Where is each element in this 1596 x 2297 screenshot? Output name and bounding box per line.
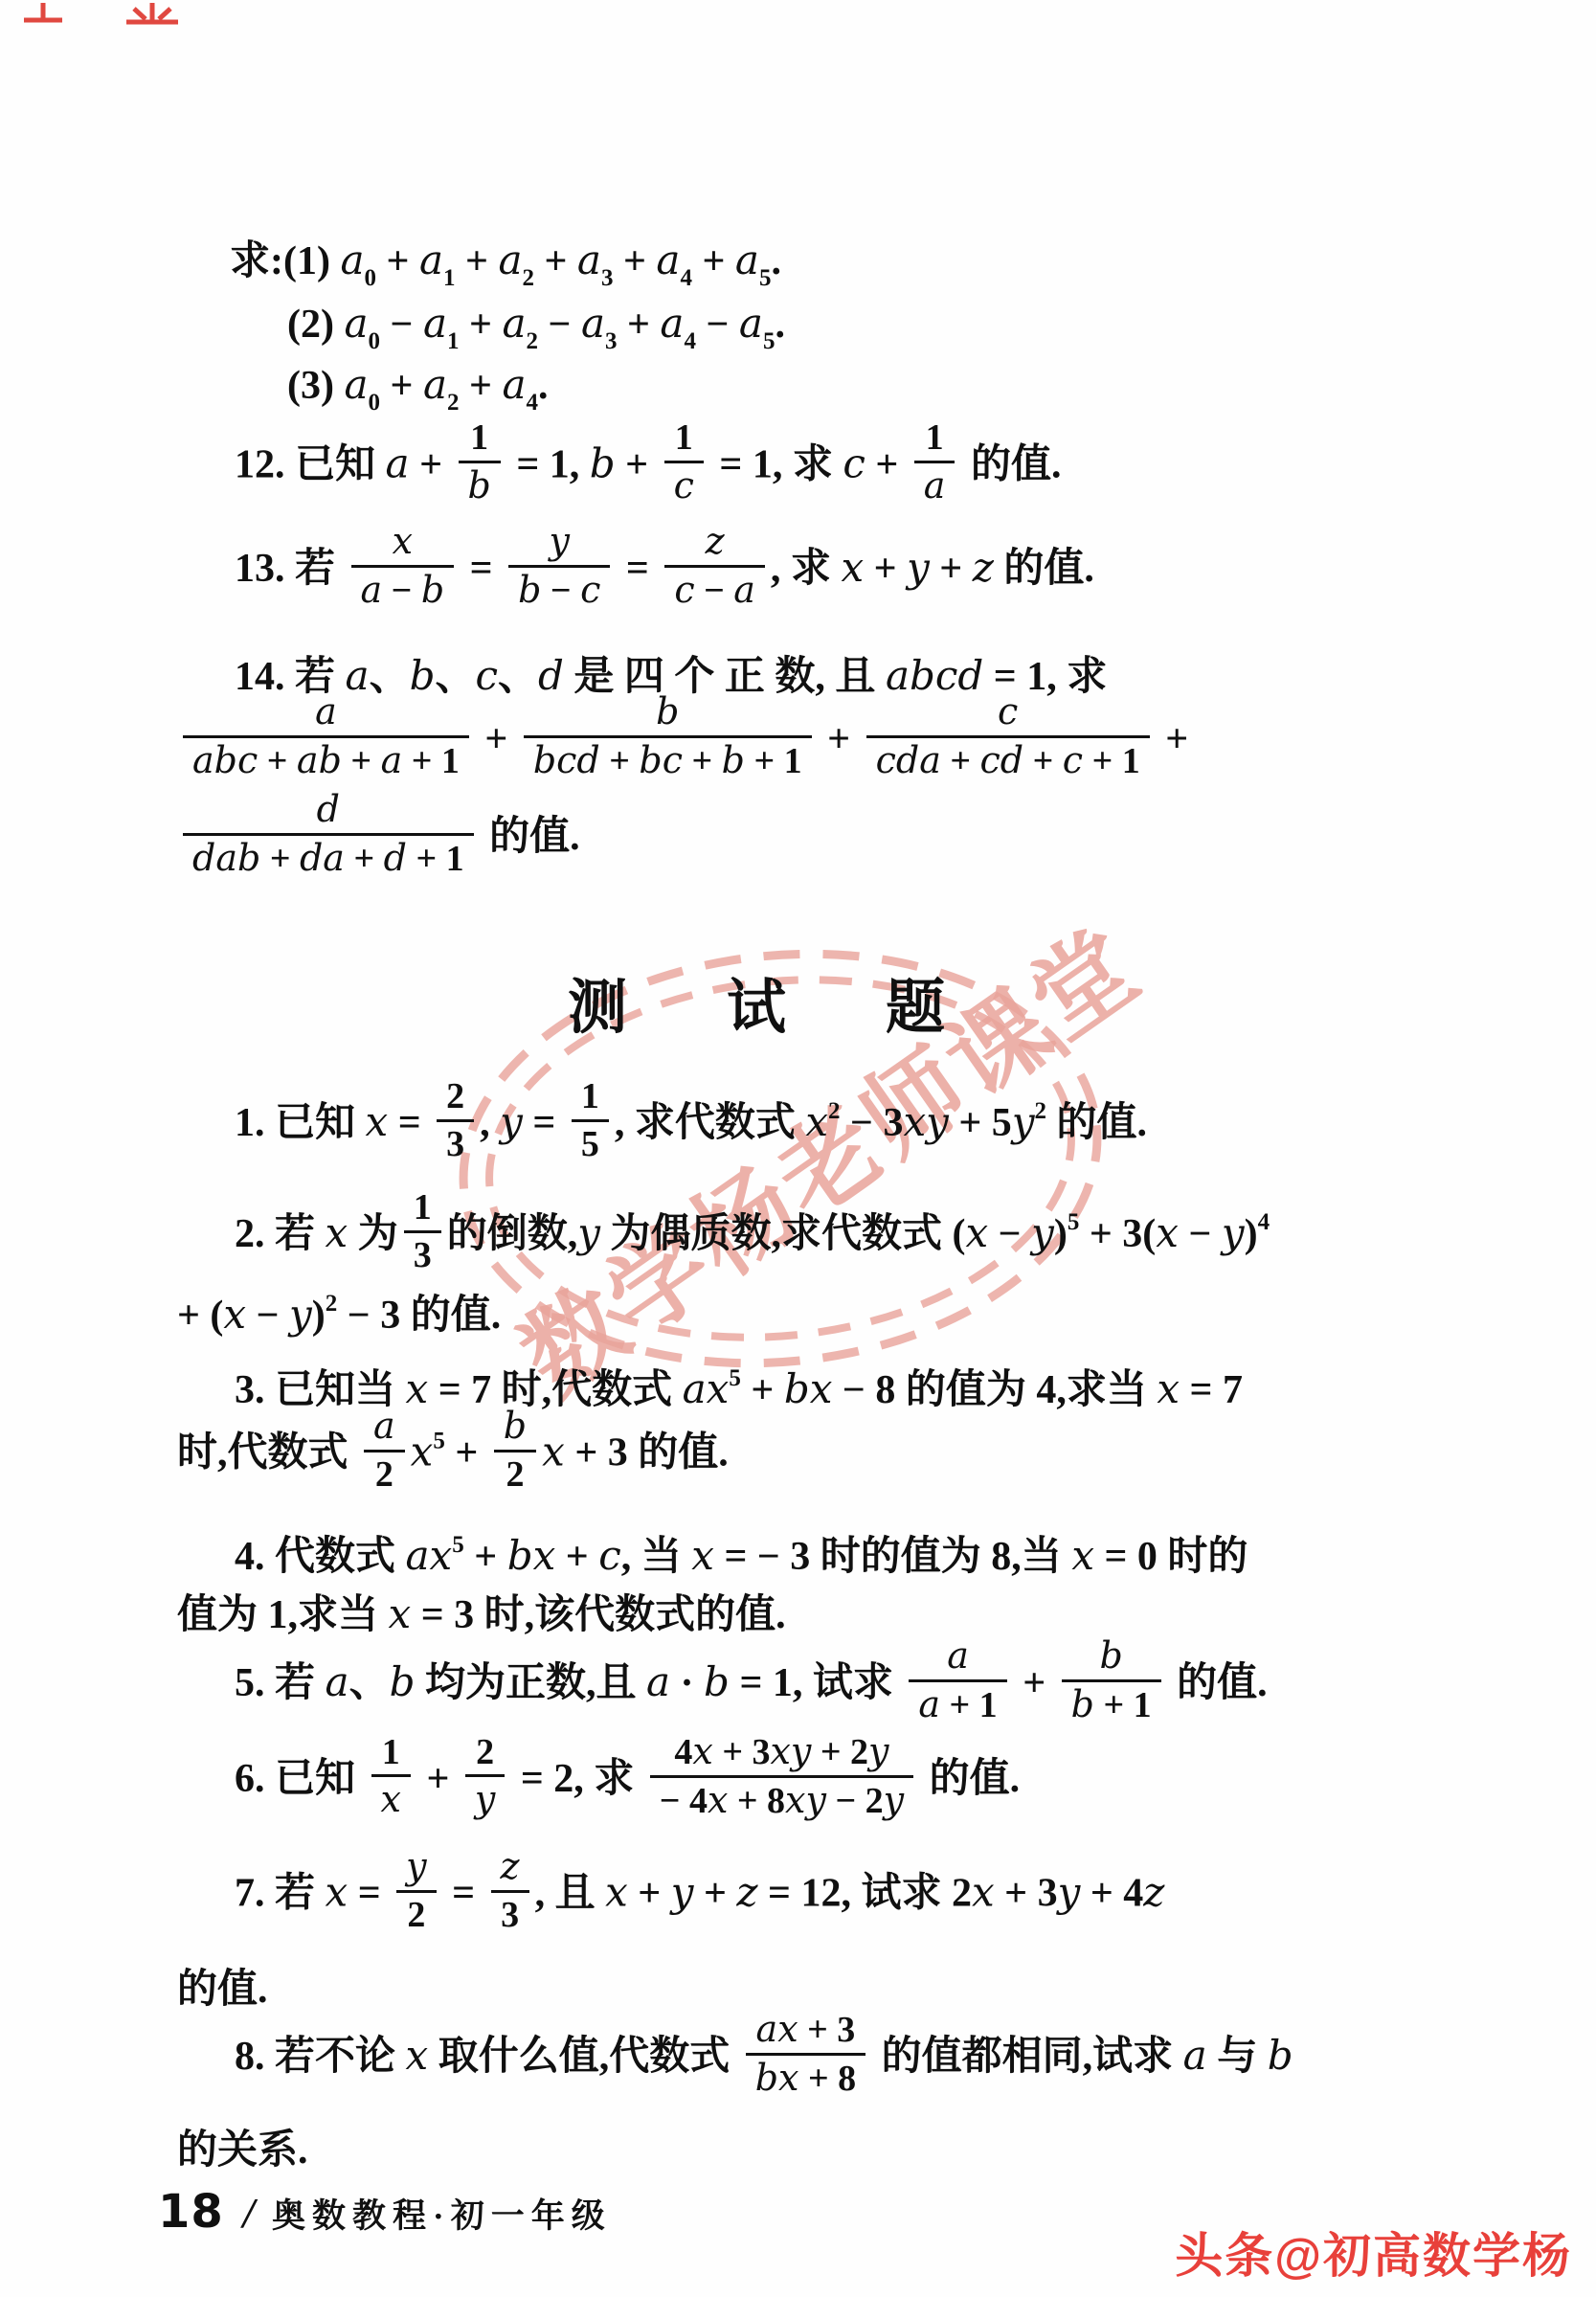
text-run: (2) xyxy=(287,303,344,347)
text-run: + xyxy=(741,1368,784,1412)
math-variable: xy xyxy=(785,1779,826,1821)
text-run: + 1 xyxy=(1094,1685,1152,1725)
fraction: z3 xyxy=(491,1844,529,1938)
math-variable: ab xyxy=(297,739,342,781)
fraction: a2 xyxy=(364,1404,405,1498)
math-variable: a xyxy=(924,464,946,507)
math-variable: a xyxy=(344,300,368,347)
fraction: 23 xyxy=(437,1074,474,1167)
subscript: 4 xyxy=(684,328,696,354)
math-variable: y xyxy=(289,1291,312,1338)
text-run: − xyxy=(696,303,739,347)
numerator: 2 xyxy=(437,1074,474,1119)
text-run: 3 xyxy=(414,1235,432,1275)
text-run: + xyxy=(1013,1661,1056,1705)
denominator: 2 xyxy=(396,1890,436,1938)
text-run: 2 xyxy=(446,1076,464,1116)
problem-11-ask-line-3: (3) a0 + a2 + a4. xyxy=(287,360,549,417)
fraction: aabc + ab + a + 1 xyxy=(183,689,469,784)
math-variable: x xyxy=(406,2032,429,2079)
math-variable: c xyxy=(598,1532,621,1579)
problem-number: 1. xyxy=(235,1101,265,1145)
fraction: yb − c xyxy=(508,519,610,614)
math-variable: a xyxy=(656,236,680,283)
subscript: 5 xyxy=(759,265,772,291)
fraction: ddab + da + d + 1 xyxy=(183,787,474,882)
text-run: + xyxy=(616,442,659,486)
page-footer: 18 / 奥数教程·初一年级 xyxy=(158,2185,612,2239)
text-run: + xyxy=(941,741,980,781)
subscript: 4 xyxy=(527,390,539,416)
text-run: 5 xyxy=(581,1124,599,1164)
math-variable: x xyxy=(406,1365,429,1412)
superscript: 4 xyxy=(1258,1209,1270,1235)
denominator: c − a xyxy=(664,565,765,614)
math-variable: z xyxy=(1143,1868,1164,1915)
math-variable: x xyxy=(411,1428,434,1475)
denominator: dab + da + d + 1 xyxy=(183,833,474,882)
math-variable: a xyxy=(581,300,605,347)
text-run: = 1, xyxy=(506,442,590,486)
text-run: 若不论 xyxy=(265,2035,406,2079)
text-run: + 3 xyxy=(995,1871,1058,1915)
math-variable: c xyxy=(674,464,694,507)
fraction: bb + 1 xyxy=(1062,1633,1161,1728)
numerator: a xyxy=(364,1404,405,1450)
section-title: 测试题 xyxy=(0,959,1513,1045)
text-run: − xyxy=(246,1294,289,1338)
math-variable: b xyxy=(590,439,616,486)
math-variable: z xyxy=(973,544,994,591)
text-run: = 12, 试求 2 xyxy=(758,1871,972,1915)
channel-watermark: 头条@初高数学杨 xyxy=(1175,2218,1572,2286)
text-run: 1 xyxy=(470,417,488,458)
text-run: 1 xyxy=(581,1076,599,1116)
math-variable: a xyxy=(373,1405,395,1447)
text-run: + xyxy=(1156,717,1188,761)
math-variable: b xyxy=(656,690,679,732)
problem-14-line-3: ddab + da + d + 1 的值. xyxy=(177,793,580,888)
math-variable: x xyxy=(691,1532,714,1579)
text-run: + xyxy=(464,1535,507,1579)
text-run: + 1 xyxy=(1083,741,1140,781)
fraction: b2 xyxy=(494,1404,536,1498)
problem-number: 2. xyxy=(235,1212,265,1256)
text-run: + 1 xyxy=(407,839,464,879)
text-run: = − 3 时的值为 8,当 xyxy=(714,1535,1071,1579)
superscript: 2 xyxy=(1035,1098,1047,1124)
math-variable: y xyxy=(884,1779,904,1821)
denominator: 5 xyxy=(572,1119,609,1167)
superscript: 5 xyxy=(1068,1209,1080,1235)
math-variable: x xyxy=(326,1209,348,1256)
text-run: + xyxy=(692,239,735,283)
test-problem-8-line-2: 的关系. xyxy=(177,2126,308,2176)
math-variable: b xyxy=(1071,1683,1094,1725)
math-variable: y xyxy=(671,1868,694,1915)
problem-number: 3. xyxy=(235,1368,265,1412)
text-run: 的关系. xyxy=(177,2128,308,2173)
denominator: cda + cd + c + 1 xyxy=(866,735,1150,784)
denominator: b − c xyxy=(508,565,610,614)
fraction: xa − b xyxy=(351,519,455,614)
text-run: = 0 时的 xyxy=(1094,1535,1248,1579)
superscript: 2 xyxy=(828,1098,841,1124)
math-variable: bx xyxy=(755,2057,799,2099)
math-variable: a xyxy=(381,739,403,781)
text-run: + 1 xyxy=(940,1685,998,1725)
text-run: + 3 xyxy=(798,2010,856,2050)
denominator: b + 1 xyxy=(1062,1679,1161,1728)
math-variable: ax xyxy=(406,1532,453,1579)
math-variable: a xyxy=(502,361,526,408)
text-run: 2 xyxy=(375,1454,393,1495)
numerator: b xyxy=(524,689,812,735)
text-run: 1 xyxy=(382,1732,400,1772)
text-run: + 1 xyxy=(745,741,802,781)
text-run: + xyxy=(693,1871,736,1915)
math-variable: y xyxy=(550,520,570,562)
test-problem-7-line-1: 7. 若 x = y2 = z3, 且 x + y + z = 12, 试求 2… xyxy=(235,1850,1164,1944)
text-run: + 2 xyxy=(811,1732,868,1772)
text-run: + 1 xyxy=(402,741,460,781)
subscript: 1 xyxy=(447,328,460,354)
math-variable: b xyxy=(468,464,491,507)
math-variable: c xyxy=(674,569,694,611)
text-run: , 求代数式 xyxy=(615,1101,806,1145)
text-run: + xyxy=(818,717,861,761)
text-run: 已知 xyxy=(265,1101,366,1145)
numerator: 1 xyxy=(572,1074,609,1119)
text-run: + xyxy=(410,442,453,486)
math-variable: z xyxy=(736,1868,757,1915)
math-variable: x xyxy=(1156,1209,1179,1256)
denominator: − 4x + 8xy − 2y xyxy=(650,1775,913,1824)
text-run: 1 xyxy=(675,417,693,458)
math-variable: x xyxy=(389,1590,412,1637)
subscript: 3 xyxy=(601,265,614,291)
math-variable: b xyxy=(1099,1634,1122,1677)
problem-number: 5. xyxy=(235,1661,265,1705)
numerator: x xyxy=(351,519,455,565)
text-run: + xyxy=(534,239,577,283)
math-variable: x xyxy=(708,1779,728,1821)
text-run: + ( xyxy=(177,1294,223,1338)
fraction: 1x xyxy=(371,1730,411,1824)
fraction: 1c xyxy=(664,416,704,509)
text-run: + xyxy=(613,239,656,283)
denominator: a − b xyxy=(351,565,455,614)
text-run: − xyxy=(695,571,734,611)
text-run: = 3 时,该代数式的值. xyxy=(411,1593,785,1637)
text-run: + xyxy=(456,239,499,283)
denominator: 3 xyxy=(491,1890,529,1938)
math-variable: dab xyxy=(192,837,260,879)
math-variable: a xyxy=(361,569,383,611)
footer-separator: / xyxy=(243,2189,255,2238)
test-problem-7-line-2: 的值. xyxy=(177,1965,268,2016)
denominator: a xyxy=(914,461,955,509)
subscript: 2 xyxy=(527,328,539,354)
text-run: , 当 xyxy=(621,1535,692,1579)
text-run: 为偶质数,求代数式 ( xyxy=(600,1212,966,1256)
text-run: + xyxy=(342,741,381,781)
problem-13: 13. 若 xa − b = yb − c = zc − a, 求 x + y … xyxy=(235,525,1094,619)
text-run: 3 xyxy=(501,1895,519,1935)
math-variable: b xyxy=(518,569,541,611)
text-run: 3 xyxy=(446,1124,464,1164)
subscript: 1 xyxy=(443,265,456,291)
math-variable: c xyxy=(1063,739,1083,781)
text-run: . xyxy=(775,303,785,347)
denominator: a + 1 xyxy=(909,1679,1006,1728)
math-variable: a xyxy=(735,236,759,283)
math-variable: x xyxy=(223,1291,246,1338)
fraction: zc − a xyxy=(664,519,765,614)
math-variable: abc xyxy=(192,739,258,781)
text-run: 1 xyxy=(414,1187,432,1227)
subscript: 4 xyxy=(680,265,692,291)
numerator: 1 xyxy=(914,416,955,461)
text-run: + xyxy=(416,1757,460,1801)
problem-number: 4. xyxy=(235,1535,265,1579)
math-variable: a xyxy=(419,236,443,283)
text-run: 代数式 xyxy=(265,1535,406,1579)
subscript: 5 xyxy=(763,328,776,354)
math-variable: a xyxy=(646,1658,670,1705)
subscript: 0 xyxy=(369,328,381,354)
text-run: 2 xyxy=(407,1895,425,1935)
denominator: y xyxy=(465,1774,505,1823)
math-variable: xy xyxy=(770,1730,811,1772)
math-variable: a xyxy=(326,1658,349,1705)
math-variable: x xyxy=(393,520,413,562)
math-variable: a xyxy=(739,300,763,347)
problem-number: 7. xyxy=(235,1871,265,1915)
test-problem-4-line-1: 4. 代数式 ax5 + bx + c, 当 x = − 3 时的值为 8,当 … xyxy=(235,1530,1248,1583)
math-variable: d xyxy=(384,837,407,879)
text-run: + xyxy=(683,741,722,781)
math-variable: c xyxy=(475,652,498,699)
math-variable: x xyxy=(805,1098,828,1145)
fraction: ccda + cd + c + 1 xyxy=(866,689,1150,784)
fraction: 4x + 3xy + 2y− 4x + 8xy − 2y xyxy=(650,1729,913,1824)
math-variable: xy xyxy=(903,1098,948,1145)
text-run: 已知 xyxy=(265,1757,366,1801)
math-variable: a xyxy=(502,300,526,347)
problem-number: 8. xyxy=(235,2035,265,2079)
math-variable: z xyxy=(501,1845,520,1887)
math-variable: y xyxy=(577,1209,600,1256)
text-run: − xyxy=(382,571,421,611)
fraction: 1b xyxy=(459,416,501,509)
math-variable: bx xyxy=(784,1365,833,1412)
text-run: + xyxy=(555,1535,598,1579)
numerator: a xyxy=(183,689,469,735)
math-variable: cd xyxy=(980,739,1024,781)
text-run: + 4 xyxy=(1080,1871,1143,1915)
text-run: = xyxy=(460,547,503,591)
numerator: z xyxy=(664,519,765,565)
text-run: ) xyxy=(1245,1212,1258,1256)
text-run: + xyxy=(258,741,297,781)
math-variable: x xyxy=(972,1868,995,1915)
text-run: + xyxy=(628,1871,671,1915)
text-run: 的值. xyxy=(994,547,1094,591)
text-run: + xyxy=(600,741,640,781)
text-run: + xyxy=(260,839,300,879)
fraction: 15 xyxy=(572,1074,609,1167)
test-problem-1: 1. 已知 x = 23, y = 15, 求代数式 x2 − 3xy + 5y… xyxy=(235,1080,1147,1173)
math-variable: a xyxy=(344,361,368,408)
fraction: aa + 1 xyxy=(909,1633,1006,1728)
math-variable: ax xyxy=(756,2008,798,2050)
math-variable: x xyxy=(965,1209,988,1256)
text-run: − 8 的值为 4,求当 xyxy=(832,1368,1157,1412)
denominator: b xyxy=(459,461,501,509)
fraction: 2y xyxy=(465,1730,505,1824)
denominator: 2 xyxy=(364,1450,405,1498)
math-variable: a xyxy=(340,236,364,283)
math-variable: z xyxy=(706,520,725,562)
math-variable: b xyxy=(390,1658,416,1705)
text-run: + xyxy=(865,442,909,486)
fraction: 1a xyxy=(914,416,955,509)
math-variable: a xyxy=(660,300,684,347)
test-problem-4-line-2: 值为 1,求当 x = 3 时,该代数式的值. xyxy=(177,1589,786,1641)
text-run: , 且 xyxy=(535,1871,606,1915)
test-problem-8-line-1: 8. 若不论 x 取什么值,代数式 ax + 3bx + 8 的值都相同,试求 … xyxy=(235,2013,1293,2107)
text-run: 2 xyxy=(506,1454,524,1495)
math-variable: bc xyxy=(639,739,683,781)
text-run: + xyxy=(930,547,973,591)
text-run: − xyxy=(380,303,423,347)
math-variable: y xyxy=(1031,1209,1054,1256)
text-run: 与 xyxy=(1207,2035,1268,2079)
text-run: 值为 1,求当 xyxy=(177,1593,389,1637)
text-run: = xyxy=(616,547,659,591)
text-run: + xyxy=(460,303,503,347)
problem-number: 6. xyxy=(235,1757,265,1801)
text-run: 的值. xyxy=(1167,1661,1268,1705)
fraction: bbcd + bc + b + 1 xyxy=(524,689,812,784)
text-run: + 3 xyxy=(713,1732,771,1772)
math-variable: c xyxy=(580,569,600,611)
text-run: = 1, 求 xyxy=(709,442,843,486)
text-run: = 7 xyxy=(1180,1368,1243,1412)
text-run: + xyxy=(345,839,384,879)
text-run: 取什么值,代数式 xyxy=(428,2035,740,2079)
subscript: 0 xyxy=(365,265,377,291)
text-run: − 3 xyxy=(841,1101,904,1145)
text-run: + xyxy=(445,1430,488,1475)
text-run: 、 xyxy=(349,1661,390,1705)
math-variable: bx xyxy=(507,1532,556,1579)
text-run: · xyxy=(670,1661,704,1705)
numerator: 1 xyxy=(404,1185,441,1230)
text-run: = xyxy=(523,1101,566,1145)
text-run: + 5 xyxy=(949,1101,1012,1145)
math-variable: a xyxy=(315,690,337,732)
text-run: 1 xyxy=(926,417,944,458)
numerator: y xyxy=(396,1844,436,1890)
text-run: . xyxy=(538,364,549,408)
test-problem-5: 5. 若 a、b 均为正数,且 a · b = 1, 试求 aa + 1 + b… xyxy=(235,1639,1268,1734)
book-page: 数学杨老师课堂 求:(1) a0 + a1 + a2 + a3 + a4 + a… xyxy=(0,0,1596,2297)
superscript: 2 xyxy=(326,1291,338,1317)
math-variable: a xyxy=(733,569,755,611)
problem-number: 13. xyxy=(235,547,285,591)
numerator: 4x + 3xy + 2y xyxy=(650,1729,913,1775)
numerator: 1 xyxy=(371,1730,411,1775)
test-problem-2-line-1: 2. 若 x 为13的倒数,y 为偶质数,求代数式 (x − y)5 + 3(x… xyxy=(235,1191,1270,1284)
text-run: 的倒数, xyxy=(447,1212,578,1256)
numerator: y xyxy=(508,519,610,565)
math-variable: b xyxy=(1268,2032,1293,2079)
math-variable: cda xyxy=(876,739,941,781)
math-variable: c xyxy=(998,690,1018,732)
superscript: 5 xyxy=(433,1428,445,1453)
text-run: − 4 xyxy=(660,1781,708,1821)
math-variable: a xyxy=(423,361,447,408)
math-variable: b xyxy=(504,1405,527,1447)
test-problem-3-line-2: 时,代数式 a2x5 + b2x + 3 的值. xyxy=(177,1409,729,1503)
math-variable: x xyxy=(366,1098,389,1145)
numerator: b xyxy=(1062,1633,1161,1679)
math-variable: x xyxy=(841,544,864,591)
denominator: abc + ab + a + 1 xyxy=(183,735,469,784)
math-variable: y xyxy=(1058,1868,1081,1915)
denominator: bx + 8 xyxy=(746,2053,865,2102)
subscript: 2 xyxy=(447,390,460,416)
subscript: 0 xyxy=(369,390,381,416)
numerator: 2 xyxy=(465,1730,505,1775)
numerator: d xyxy=(183,787,474,833)
superscript: 5 xyxy=(452,1532,464,1558)
math-variable: y xyxy=(500,1098,523,1145)
test-problem-2-line-2: + (x − y)2 − 3 的值. xyxy=(177,1289,501,1341)
text-run: + xyxy=(1023,741,1063,781)
test-problem-6: 6. 已知 1x + 2y = 2, 求 4x + 3xy + 2y− 4x +… xyxy=(235,1735,1020,1830)
problem-11-ask-line-1: 求:(1) a0 + a1 + a2 + a3 + a4 + a5. xyxy=(230,236,781,293)
text-run: 时,代数式 xyxy=(177,1430,358,1475)
text-run: + 8 xyxy=(728,1781,785,1821)
text-run: + xyxy=(475,717,518,761)
math-variable: a xyxy=(498,236,522,283)
text-run: 若 xyxy=(285,547,346,591)
math-variable: x xyxy=(542,1428,565,1475)
text-run: 的值都相同,试求 xyxy=(871,2035,1183,2079)
math-variable: c xyxy=(843,439,865,486)
text-run: + xyxy=(864,547,907,591)
problem-number: 12. xyxy=(235,442,285,486)
text-run: 若 xyxy=(265,1212,326,1256)
text-run: = xyxy=(388,1101,431,1145)
text-run: = xyxy=(442,1871,485,1915)
text-run: ) xyxy=(1054,1212,1068,1256)
text-run: = 2, 求 xyxy=(510,1757,643,1801)
text-run: − 2 xyxy=(826,1781,884,1821)
numerator: 1 xyxy=(664,416,704,461)
problem-11-ask-line-2: (2) a0 − a1 + a2 − a3 + a4 − a5. xyxy=(287,299,785,356)
red-ink-artifact-icon xyxy=(21,0,65,23)
math-variable: x xyxy=(326,1868,348,1915)
fraction: y2 xyxy=(396,1844,436,1938)
numerator: a xyxy=(909,1633,1006,1679)
math-variable: ax xyxy=(683,1365,730,1412)
math-variable: y xyxy=(406,1845,426,1887)
math-variable: y xyxy=(475,1778,495,1820)
